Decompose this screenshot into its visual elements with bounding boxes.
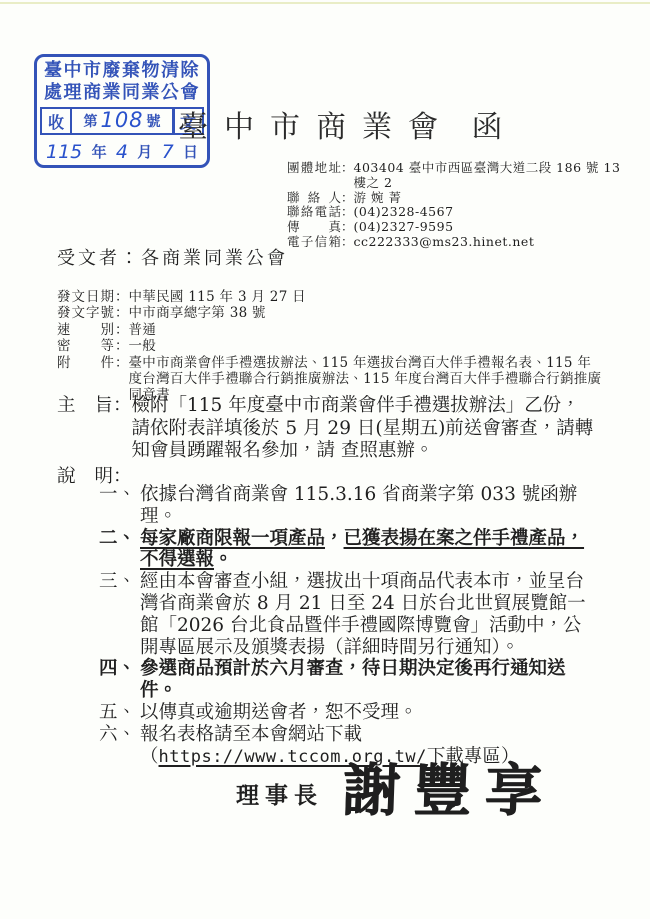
contact-address-value: 403404 臺中市西區臺灣大道二段 186 號 13 樓之 2 (354, 161, 632, 191)
signature-block: 理事長 謝豐享 (236, 762, 556, 819)
stamp-year-unit: 年 (92, 141, 107, 162)
meta-docnumber-value: 中市商享總字第 38 號 (129, 305, 603, 321)
meta-label: 發文日期 (57, 289, 115, 305)
meta-date-value: 中華民國 115 年 3 月 27 日 (129, 289, 603, 305)
contact-fax-line: 傳真：(04)2327-9595 (287, 220, 632, 235)
contact-label: 團體地址 (287, 161, 341, 191)
stamp-number-handwritten: 108 (100, 108, 143, 132)
contact-phone-value: (04)2328-4567 (354, 205, 632, 220)
meta-label: 速別 (57, 322, 115, 338)
item-number: 二、 (99, 528, 140, 572)
contact-label: 聯絡人 (287, 191, 341, 206)
signer-name: 謝豐享 (342, 762, 557, 819)
contact-person-line: 聯絡人：游 婉 菁 (287, 191, 632, 206)
contact-email-value: cc222333@ms23.hinet.net (354, 235, 632, 250)
desc-item-2: 二、 每家廠商限報一項產品，已獲表揚在案之伴手禮產品，不得選報。 (99, 528, 599, 572)
contact-block: 團體地址：403404 臺中市西區臺灣大道二段 186 號 13 樓之 2 聯絡… (287, 161, 632, 250)
stamp-receive-label: 收 (40, 107, 72, 135)
contact-person-value: 游 婉 菁 (354, 191, 632, 206)
meta-label: 密等 (57, 338, 115, 354)
recipient-line: 受文者：各商業同業公會 (57, 244, 288, 270)
item-number: 一、 (99, 484, 140, 528)
contact-address-line: 團體地址：403404 臺中市西區臺灣大道二段 186 號 13 樓之 2 (287, 161, 632, 191)
item-number: 三、 (99, 571, 140, 658)
meta-label: 發文字號 (57, 305, 115, 321)
org-name: 臺中市商業會 (178, 110, 454, 145)
contact-label: 聯絡電話 (287, 205, 341, 220)
scan-edge-artifact (0, 2, 650, 4)
stamp-month-handwritten: 4 (116, 143, 128, 162)
meta-security-value: 一般 (129, 338, 603, 354)
stamp-org-line1: 臺中市廢棄物清除 (40, 60, 204, 82)
description-items: 一、 依據台灣省商業會 115.3.16 省商業字第 033 號函辦理。 二、 … (99, 484, 599, 768)
document-title: 臺中市商業會函 (178, 102, 502, 146)
stamp-year-handwritten: 115 (46, 143, 82, 162)
recipient-value: 各商業同業公會 (141, 248, 288, 269)
desc-item-1: 一、 依據台灣省商業會 115.3.16 省商業字第 033 號函辦理。 (99, 484, 599, 528)
item-text: 每家廠商限報一項產品，已獲表揚在案之伴手禮產品，不得選報。 (140, 528, 599, 572)
stamp-month-unit: 月 (137, 141, 152, 162)
desc-item-3: 三、 經由本會審查小組，選拔出十項商品代表本市，並呈台灣省商業會於 8 月 21… (99, 571, 599, 658)
stamp-number-cell: 第 108 號 (70, 107, 175, 135)
meta-row-speed: 速別：普通 (57, 322, 602, 338)
doc-type: 函 (472, 110, 502, 145)
desc-item-5: 五、 以傳真或逾期送會者，恕不受理。 (99, 702, 599, 724)
desc-item-4: 四、 參選商品預計於六月審查，待日期決定後再行通知送件。 (99, 658, 599, 702)
contact-phone-line: 聯絡電話：(04)2328-4567 (287, 205, 632, 220)
meta-row-security: 密等：一般 (57, 338, 602, 354)
item-underlined-text: 每家廠商限報一項產品 (140, 528, 325, 549)
subject-text: 檢附「115 年度臺中市商業會伴手禮選拔辦法」乙份，請依附表詳填後於 5 月 2… (132, 395, 597, 463)
stamp-number-prefix: 第 (83, 111, 97, 131)
contact-fax-value: (04)2327-9595 (354, 220, 632, 235)
meta-row-date: 發文日期：中華民國 115 年 3 月 27 日 (57, 289, 602, 305)
item-text: 依據台灣省商業會 115.3.16 省商業字第 033 號函辦理。 (140, 484, 599, 528)
contact-label: 傳真 (287, 220, 341, 235)
item-number: 四、 (99, 658, 140, 702)
signer-title: 理事長 (236, 777, 323, 819)
subject-label: 主旨 (57, 395, 113, 463)
item-number: 五、 (99, 702, 140, 724)
meta-row-docnumber: 發文字號：中市商享總字第 38 號 (57, 305, 602, 321)
contact-email-line: 電子信箱：cc222333@ms23.hinet.net (287, 235, 632, 250)
item-text: 參選商品預計於六月審查，待日期決定後再行通知送件。 (140, 658, 599, 702)
meta-block: 發文日期：中華民國 115 年 3 月 27 日 發文字號：中市商享總字第 38… (57, 289, 602, 404)
subject-block: 主旨：檢附「115 年度臺中市商業會伴手禮選拔辦法」乙份，請依附表詳填後於 5 … (57, 395, 597, 463)
item-text: 以傳真或逾期送會者，恕不受理。 (140, 702, 599, 724)
stamp-org-line2: 處理商業同業公會 (40, 82, 204, 104)
stamp-day-handwritten: 7 (162, 143, 174, 162)
item-text: 經由本會審查小組，選拔出十項商品代表本市，並呈台灣省商業會於 8 月 21 日至… (140, 571, 599, 658)
recipient-label: 受文者 (57, 248, 120, 269)
meta-speed-value: 普通 (129, 322, 603, 338)
stamp-number-suffix: 號 (147, 111, 161, 131)
item-number: 六、 (99, 724, 140, 769)
contact-label: 電子信箱 (287, 235, 341, 250)
